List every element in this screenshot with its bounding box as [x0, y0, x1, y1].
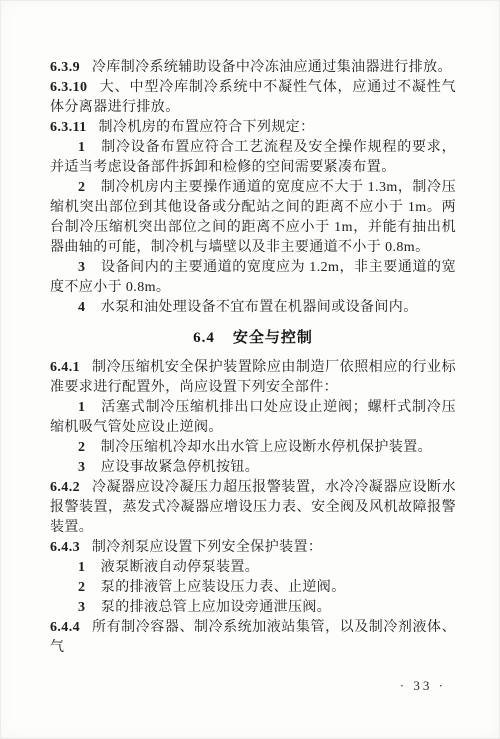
item-text: 制冷压缩机冷却水出水管上应设断水停机保护装置。: [101, 440, 432, 455]
item-number: 1: [78, 140, 101, 155]
list-item-1: 1液泵断液自动停泵装置。: [50, 558, 456, 578]
item-number: 1: [78, 560, 101, 575]
page-number: · 33 ·: [400, 678, 446, 694]
item-text: 应设事故紧急停机按钮。: [101, 460, 259, 475]
clause-6-4-3: 6.4.3制冷剂泵应设置下列安全保护装置：: [50, 538, 456, 558]
clause-6-3-10: 6.3.10大、中型冷库制冷系统中不凝性气体，应通过不凝性气体分离器进行排放。: [50, 78, 456, 118]
item-text: 制冷机房内主要操作通道的宽度应不大于 1.3m，制冷压缩机突出部位到其他设备或分…: [50, 180, 456, 255]
list-item-2: 2制冷机房内主要操作通道的宽度应不大于 1.3m，制冷压缩机突出部位到其他设备或…: [50, 178, 456, 258]
clause-number: 6.4.1: [50, 360, 92, 375]
item-number: 2: [78, 580, 101, 595]
clause-number: 6.4.2: [50, 480, 92, 495]
list-item-1: 1制冷设备布置应符合工艺流程及安全操作规程的要求，并适当考虑设备部件拆卸和检修的…: [50, 138, 456, 178]
list-item-4: 4水泵和油处理设备不宜布置在机器间或设备间内。: [50, 298, 456, 318]
clause-6-4-2: 6.4.2冷凝器应设冷凝压力超压报警装置，水冷冷凝器应设断水报警装置，蒸发式冷凝…: [50, 478, 456, 538]
item-text: 液泵断液自动停泵装置。: [101, 560, 259, 575]
item-number: 4: [78, 300, 101, 315]
list-item-3: 3设备间内的主要通道的宽度应为 1.2m，非主要通道的宽度不应小于 0.8m。: [50, 258, 456, 298]
list-item-3: 3应设事故紧急停机按钮。: [50, 458, 456, 478]
section-title: 安全与控制: [233, 330, 313, 346]
clause-6-4-4: 6.4.4所有制冷容器、制冷系统加液站集管，以及制冷剂液体、气: [50, 618, 456, 658]
clause-text: 制冷机房的布置应符合下列规定：: [99, 120, 315, 135]
item-number: 2: [78, 440, 101, 455]
list-item-1: 1活塞式制冷压缩机排出口处应设止逆阀；螺杆式制冷压缩机吸气管处应设止逆阀。: [50, 398, 456, 438]
clause-number: 6.3.9: [50, 60, 92, 75]
clause-text: 制冷剂泵应设置下列安全保护装置：: [92, 540, 322, 555]
clause-6-4-1: 6.4.1制冷压缩机安全保护装置除应由制造厂依照相应的行业标准要求进行配置外，尚…: [50, 358, 456, 398]
clause-number: 6.4.4: [50, 620, 92, 635]
clause-text: 所有制冷容器、制冷系统加液站集管，以及制冷剂液体、气: [50, 620, 456, 655]
item-number: 3: [78, 260, 101, 275]
clause-number: 6.3.10: [50, 80, 99, 95]
clause-text: 制冷压缩机安全保护装置除应由制造厂依照相应的行业标准要求进行配置外，尚应设置下列…: [50, 360, 456, 395]
item-number: 3: [78, 460, 101, 475]
item-number: 1: [78, 400, 101, 415]
item-number: 2: [78, 180, 101, 195]
clause-number: 6.4.3: [50, 540, 92, 555]
item-text: 设备间内的主要通道的宽度应为 1.2m，非主要通道的宽度不应小于 0.8m。: [50, 260, 456, 295]
list-item-2: 2泵的排液管上应装设压力表、止逆阀。: [50, 578, 456, 598]
item-text: 活塞式制冷压缩机排出口处应设止逆阀；螺杆式制冷压缩机吸气管处应设止逆阀。: [50, 400, 456, 435]
section-number: 6.4: [193, 330, 233, 346]
item-number: 3: [78, 600, 101, 615]
clause-number: 6.3.11: [50, 120, 99, 135]
item-text: 水泵和油处理设备不宜布置在机器间或设备间内。: [101, 300, 418, 315]
item-text: 泵的排液管上应装设压力表、止逆阀。: [101, 580, 346, 595]
list-item-2: 2制冷压缩机冷却水出水管上应设断水停机保护装置。: [50, 438, 456, 458]
list-item-3: 3泵的排液总管上应加设旁通泄压阀。: [50, 598, 456, 618]
page-body-text: 6.3.9冷库制冷系统辅助设备中冷冻油应通过集油器进行排放。 6.3.10大、中…: [50, 58, 456, 658]
section-heading-6-4: 6.4安全与控制: [50, 328, 456, 348]
document-page: 6.3.9冷库制冷系统辅助设备中冷冻油应通过集油器进行排放。 6.3.10大、中…: [0, 0, 500, 739]
clause-6-3-11: 6.3.11制冷机房的布置应符合下列规定：: [50, 118, 456, 138]
item-text: 泵的排液总管上应加设旁通泄压阀。: [101, 600, 331, 615]
item-text: 制冷设备布置应符合工艺流程及安全操作规程的要求，并适当考虑设备部件拆卸和检修的空…: [50, 140, 456, 175]
clause-text: 冷凝器应设冷凝压力超压报警装置，水冷冷凝器应设断水报警装置，蒸发式冷凝器应增设压…: [50, 480, 456, 535]
clause-text: 冷库制冷系统辅助设备中冷冻油应通过集油器进行排放。: [92, 60, 452, 75]
clause-6-3-9: 6.3.9冷库制冷系统辅助设备中冷冻油应通过集油器进行排放。: [50, 58, 456, 78]
clause-text: 大、中型冷库制冷系统中不凝性气体，应通过不凝性气体分离器进行排放。: [50, 80, 456, 115]
